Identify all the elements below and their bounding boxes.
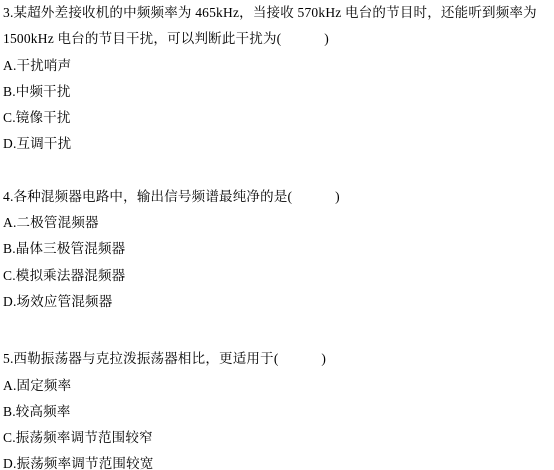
question-4-option-a: A.二极管混频器	[3, 210, 554, 236]
question-3-option-c: C.镜像干扰	[3, 105, 554, 131]
question-5-option-b: B.较高频率	[3, 399, 554, 425]
question-4-option-d: D.场效应管混频器	[3, 289, 554, 315]
document-page: 3.某超外差接收机的中频频率为 465kHz，当接收 570kHz 电台的节目时…	[0, 0, 554, 470]
question-5-stem-line-1: 5.西勒振荡器与克拉泼振荡器相比，更适用于( )	[3, 346, 554, 372]
question-4-option-b: B.晶体三极管混频器	[3, 236, 554, 262]
question-3-option-d: D.互调干扰	[3, 131, 554, 157]
question-4-stem-line-1: 4.各种混频器电路中，输出信号频谱最纯净的是( )	[3, 184, 554, 210]
question-block-4: 4.各种混频器电路中，输出信号频谱最纯净的是( ) A.二极管混频器 B.晶体三…	[3, 184, 554, 315]
question-5-option-a: A.固定频率	[3, 373, 554, 399]
question-5-option-d: D.振荡频率调节范围较宽	[3, 451, 554, 470]
question-3-option-a: A.干扰哨声	[3, 53, 554, 79]
question-block-5: 5.西勒振荡器与克拉泼振荡器相比，更适用于( ) A.固定频率 B.较高频率 C…	[3, 346, 554, 470]
question-block-3: 3.某超外差接收机的中频频率为 465kHz，当接收 570kHz 电台的节目时…	[3, 0, 554, 158]
question-4-option-c: C.模拟乘法器混频器	[3, 263, 554, 289]
question-5-option-c: C.振荡频率调节范围较窄	[3, 425, 554, 451]
question-3-stem-line-2: 1500kHz 电台的节目干扰，可以判断此干扰为( )	[3, 26, 554, 52]
question-3-stem-line-1: 3.某超外差接收机的中频频率为 465kHz，当接收 570kHz 电台的节目时…	[3, 0, 554, 26]
question-3-option-b: B.中频干扰	[3, 79, 554, 105]
